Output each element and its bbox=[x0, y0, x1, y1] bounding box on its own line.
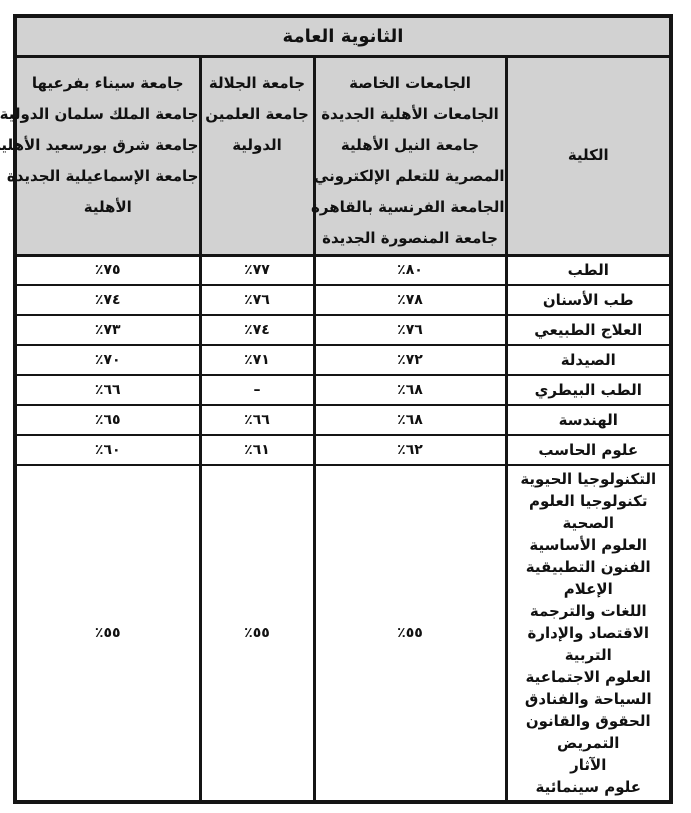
value-cell-galala-alamein: ٧١٪ bbox=[200, 345, 314, 375]
header-line: الجامعات الخاصة bbox=[316, 68, 505, 99]
table-header-row: الكليةالجامعات الخاصةالجامعات الأهلية ال… bbox=[15, 56, 671, 255]
value-cell-sinai-group: ٥٥٪ bbox=[15, 465, 200, 802]
faculty-cell: علوم الحاسب bbox=[506, 435, 671, 465]
table-row: علوم الحاسب٦٢٪٦١٪٦٠٪ bbox=[15, 435, 671, 465]
value-cell-private-universities: ٧٢٪ bbox=[314, 345, 506, 375]
table-row: الهندسة٦٨٪٦٦٪٦٥٪ bbox=[15, 405, 671, 435]
faculty-name: التمريض bbox=[510, 732, 668, 754]
value-cell-galala-alamein: ٦١٪ bbox=[200, 435, 314, 465]
header-line: جامعة الجلالة bbox=[202, 68, 313, 99]
faculty-name: الآثار bbox=[510, 754, 668, 776]
header-line: الجامعة الفرنسية بالقاهرة bbox=[316, 192, 505, 223]
document-page: الثانوية العامة الكليةالجامعات الخاصةالج… bbox=[0, 0, 691, 804]
header-line: جامعة النيل الأهلية bbox=[316, 130, 505, 161]
header-line: جامعة المنصورة الجديدة bbox=[316, 223, 505, 254]
header-line: الجامعات الأهلية الجديدة bbox=[316, 99, 505, 130]
value-cell-private-universities: ٧٦٪ bbox=[314, 315, 506, 345]
faculty-name: الاقتصاد والإدارة bbox=[510, 622, 668, 644]
faculty-cell: الهندسة bbox=[506, 405, 671, 435]
faculty-cell: التكنولوجيا الحيويةتكنولوجيا العلومالصحي… bbox=[506, 465, 671, 802]
table-row: الطب البيطري٦٨٪–٦٦٪ bbox=[15, 375, 671, 405]
value-cell-sinai-group: ٧٤٪ bbox=[15, 285, 200, 315]
header-line: جامعة الملك سلمان الدولية bbox=[17, 99, 199, 130]
value-cell-galala-alamein: ٦٦٪ bbox=[200, 405, 314, 435]
value-cell-sinai-group: ٦٠٪ bbox=[15, 435, 200, 465]
admission-percentages-table: الثانوية العامة الكليةالجامعات الخاصةالج… bbox=[13, 14, 673, 804]
header-line: الدولية bbox=[202, 130, 313, 161]
faculty-cell: الطب البيطري bbox=[506, 375, 671, 405]
column-header-private-universities: الجامعات الخاصةالجامعات الأهلية الجديدةج… bbox=[314, 56, 506, 255]
table-row: العلاج الطبيعي٧٦٪٧٤٪٧٣٪ bbox=[15, 315, 671, 345]
value-cell-galala-alamein: ٧٤٪ bbox=[200, 315, 314, 345]
table-row: طب الأسنان٧٨٪٧٦٪٧٤٪ bbox=[15, 285, 671, 315]
faculty-name: الطب bbox=[510, 259, 668, 281]
value-cell-galala-alamein: ٧٧٪ bbox=[200, 255, 314, 285]
value-cell-sinai-group: ٦٥٪ bbox=[15, 405, 200, 435]
header-line: الأهلية bbox=[17, 192, 199, 223]
faculty-name: الطب البيطري bbox=[510, 379, 668, 401]
value-cell-galala-alamein: ٥٥٪ bbox=[200, 465, 314, 802]
column-header-sinai-group: جامعة سيناء بفرعيهاجامعة الملك سلمان الد… bbox=[15, 56, 200, 255]
value-cell-private-universities: ٧٨٪ bbox=[314, 285, 506, 315]
header-line: جامعة العلمين bbox=[202, 99, 313, 130]
faculty-name: الإعلام bbox=[510, 578, 668, 600]
table-row: التكنولوجيا الحيويةتكنولوجيا العلومالصحي… bbox=[15, 465, 671, 802]
header-line: جامعة سيناء بفرعيها bbox=[17, 68, 199, 99]
faculty-name: اللغات والترجمة bbox=[510, 600, 668, 622]
faculty-name: العلاج الطبيعي bbox=[510, 319, 668, 341]
header-line: الكلية bbox=[508, 140, 670, 171]
header-line: المصرية للتعلم الإلكتروني bbox=[316, 161, 505, 192]
value-cell-galala-alamein: ٧٦٪ bbox=[200, 285, 314, 315]
faculty-name: السياحة والفنادق bbox=[510, 688, 668, 710]
table-title-row: الثانوية العامة bbox=[15, 16, 671, 56]
faculty-cell: الطب bbox=[506, 255, 671, 285]
faculty-name: علوم الحاسب bbox=[510, 439, 668, 461]
table-title: الثانوية العامة bbox=[15, 16, 671, 56]
faculty-name: الحقوق والقانون bbox=[510, 710, 668, 732]
value-cell-private-universities: ٦٨٪ bbox=[314, 405, 506, 435]
value-cell-sinai-group: ٦٦٪ bbox=[15, 375, 200, 405]
faculty-cell: طب الأسنان bbox=[506, 285, 671, 315]
value-cell-sinai-group: ٧٠٪ bbox=[15, 345, 200, 375]
column-header-galala-alamein: جامعة الجلالةجامعة العلمينالدولية bbox=[200, 56, 314, 255]
faculty-name: التربية bbox=[510, 644, 668, 666]
table-row: الصيدلة٧٢٪٧١٪٧٠٪ bbox=[15, 345, 671, 375]
faculty-name: طب الأسنان bbox=[510, 289, 668, 311]
faculty-name: العلوم الاجتماعية bbox=[510, 666, 668, 688]
faculty-name: تكنولوجيا العلوم bbox=[510, 490, 668, 512]
faculty-name: الصحية bbox=[510, 512, 668, 534]
faculty-cell: الصيدلة bbox=[506, 345, 671, 375]
column-header-faculty: الكلية bbox=[506, 56, 671, 255]
header-line: جامعة الإسماعيلية الجديدة bbox=[17, 161, 199, 192]
faculty-name: علوم سينمائية bbox=[510, 776, 668, 798]
value-cell-private-universities: ٦٢٪ bbox=[314, 435, 506, 465]
value-cell-private-universities: ٥٥٪ bbox=[314, 465, 506, 802]
value-cell-private-universities: ٦٨٪ bbox=[314, 375, 506, 405]
faculty-name: الصيدلة bbox=[510, 349, 668, 371]
faculty-name: العلوم الأساسية bbox=[510, 534, 668, 556]
table-row: الطب٨٠٪٧٧٪٧٥٪ bbox=[15, 255, 671, 285]
value-cell-sinai-group: ٧٥٪ bbox=[15, 255, 200, 285]
value-cell-private-universities: ٨٠٪ bbox=[314, 255, 506, 285]
header-line: جامعة شرق بورسعيد الأهلية bbox=[17, 130, 199, 161]
value-cell-sinai-group: ٧٣٪ bbox=[15, 315, 200, 345]
faculty-name: الهندسة bbox=[510, 409, 668, 431]
faculty-cell: العلاج الطبيعي bbox=[506, 315, 671, 345]
faculty-name: التكنولوجيا الحيوية bbox=[510, 468, 668, 490]
value-cell-galala-alamein: – bbox=[200, 375, 314, 405]
faculty-name: الفنون التطبيقية bbox=[510, 556, 668, 578]
